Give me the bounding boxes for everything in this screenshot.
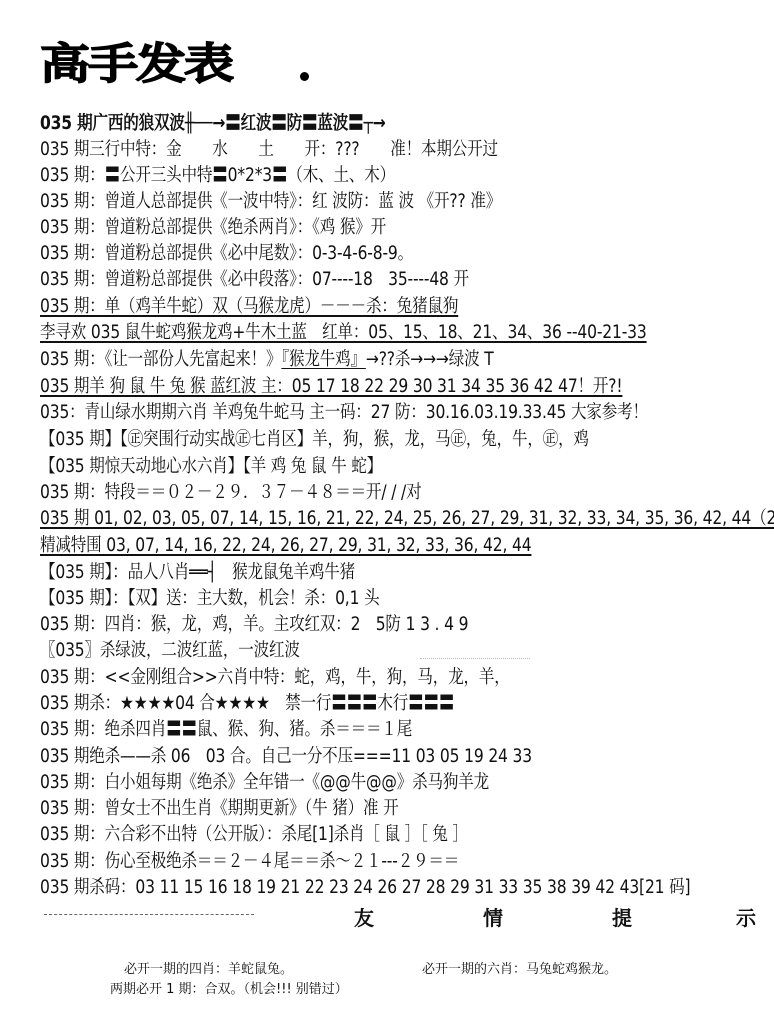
line-30-kill-codes: 035 期杀码：03 11 15 16 18 19 21 22 23 24 26…: [40, 876, 690, 900]
line-24-kill-four: 035 期：绝杀四肖〓〓鼠、猴、狗、猪。杀＝＝＝１尾: [40, 718, 412, 742]
line-15-special-segment: 035 期：特段＝＝０２－２９．３７－４８＝＝开/ / /对: [40, 481, 421, 505]
line-16-23-codes: 035 期 01, 02, 03, 05, 07, 14, 15, 16, 21…: [40, 507, 774, 531]
title-dot: [300, 72, 309, 81]
line-25-absolute-kill: 035 期绝杀——杀 06 03 合。自己一分不压===11 03 05 19 …: [40, 745, 532, 769]
line-23-kill-stars: 035 期杀：★★★★04 合★★★★ 禁一行〓〓〓木行〓〓〓: [40, 692, 454, 716]
line-5-kill-two: 035 期：曾道粉总部提供《绝杀两肖》：《鸡 猴》开: [40, 216, 386, 240]
line-14-six-zodiac: 【035 期惊天动地心水六肖】【羊 鸡 兔 鼠 牛 蛇】: [40, 455, 382, 479]
line-9-li-xunhuan: 李寻欢 035 鼠牛蛇鸡猴龙鸡+牛木土蓝 红单：05、15、18、21、34、3…: [40, 321, 647, 345]
line-4-one-wave: 035 期：曾道人总部提供《一波中特》：红 波防：蓝 波 《开?? 准》: [40, 190, 501, 214]
footer-note-four-zodiac: 必开一期的四肖：羊蛇鼠兔。: [124, 958, 293, 977]
footer-heading-char-4: 示: [736, 902, 756, 931]
line-21-kill-green: 〖035〗杀绿波，二波红蓝，一波红波: [40, 639, 300, 663]
footer-note-six-zodiac: 必开一期的六肖：马兔蛇鸡猴龙。: [422, 958, 617, 977]
line-6-tail-numbers: 035 期：曾道粉总部提供《必中尾数》：0-3-4-6-8-9。: [40, 242, 413, 266]
line-10-part-a: 035 期：《让一部份人先富起来！》: [40, 349, 281, 370]
footer-heading-char-2: 情: [483, 902, 503, 931]
footer-note-two-periods: 两期必开 1 期：合双。（机会!!! 别错过）: [110, 978, 348, 997]
footer-divider: [44, 914, 254, 915]
line-17-refined-range: 精减特围 03, 07, 14, 16, 22, 24, 26, 27, 29,…: [40, 534, 531, 558]
line-10-get-rich: 035 期：《让一部份人先富起来！》『猴龙牛鸡』→??杀→→→绿波 T: [40, 348, 494, 372]
line-26-miss-bai: 035 期：白小姐每期《绝杀》全年错一《@@牛@@》杀马狗羊龙: [40, 771, 489, 795]
line-13-breakout-seven: 【035 期】【㊣突围行动实战㊣七肖区】羊，狗，猴，龙，马㊣，兔，牛，㊣，鸡: [40, 428, 589, 452]
line-20-four-zodiac: 035 期：四肖：猴，龙，鸡，羊。主攻红双：2 5防 1 3 . 4 9: [40, 613, 468, 637]
line-22-diamond-combo: 035 期：<<金刚组合>>六肖中特：蛇，鸡，牛，狗，马，龙，羊，: [40, 666, 510, 690]
line-10-zodiac-highlight: 『猴龙牛鸡』: [281, 349, 365, 370]
line-8-odd-even: 035 期：单（鸡羊牛蛇）双（马猴龙虎）－－－杀：兔猪鼠狗: [40, 295, 458, 319]
line-28-mark-six: 035 期：六合彩不出特（公开版）：杀尾[1]杀肖［ 鼠 ］［ 兔 ］: [40, 823, 468, 847]
line-27-ms-zeng: 035 期：曾女士不出生肖《期期更新》（牛 猪）准 开: [40, 797, 399, 821]
line-3-three-heads: 035 期：〓公开三头中特〓0*2*3〓（木、土、木）: [40, 164, 395, 188]
line-1-guangxi-wolf: 035 期广西的狼双波╫──→〓红波〓防〓蓝波〓┬→: [40, 112, 386, 136]
line-18-eight-zodiac: 【035 期】：品人八肖══┤ 猴龙鼠兔羊鸡牛猪: [40, 561, 355, 585]
footer-heading-char-3: 提: [612, 902, 632, 931]
page-title: 高手发表: [40, 30, 232, 91]
line-10-part-c: →??杀→→→绿波 T: [366, 349, 494, 370]
line-7-segments: 035 期：曾道粉总部提供《必中段落》：07----18 35----48 开: [40, 268, 469, 292]
line-2-three-elements: 035 期三行中特：金 水 土 开：??? 准！本期公开过: [40, 138, 498, 162]
line-29-heartbreak: 035 期：伤心至极绝杀＝＝２－４尾＝＝杀～２１---２９＝＝: [40, 850, 459, 874]
line-19-double: 【035 期】：【双】送：主大数，机会！杀：0,1 头: [40, 587, 379, 611]
scan-artifact: [420, 658, 530, 661]
line-11-blue-red-wave: 035 期羊 狗 鼠 牛 兔 猴 蓝红波 主：05 17 18 22 29 30…: [40, 375, 622, 399]
line-12-green-hills: 035：青山绿水期期六肖 羊鸡兔牛蛇马 主一码：27 防：30.16.03.19…: [40, 401, 648, 425]
footer-heading-char-1: 友: [354, 902, 374, 931]
